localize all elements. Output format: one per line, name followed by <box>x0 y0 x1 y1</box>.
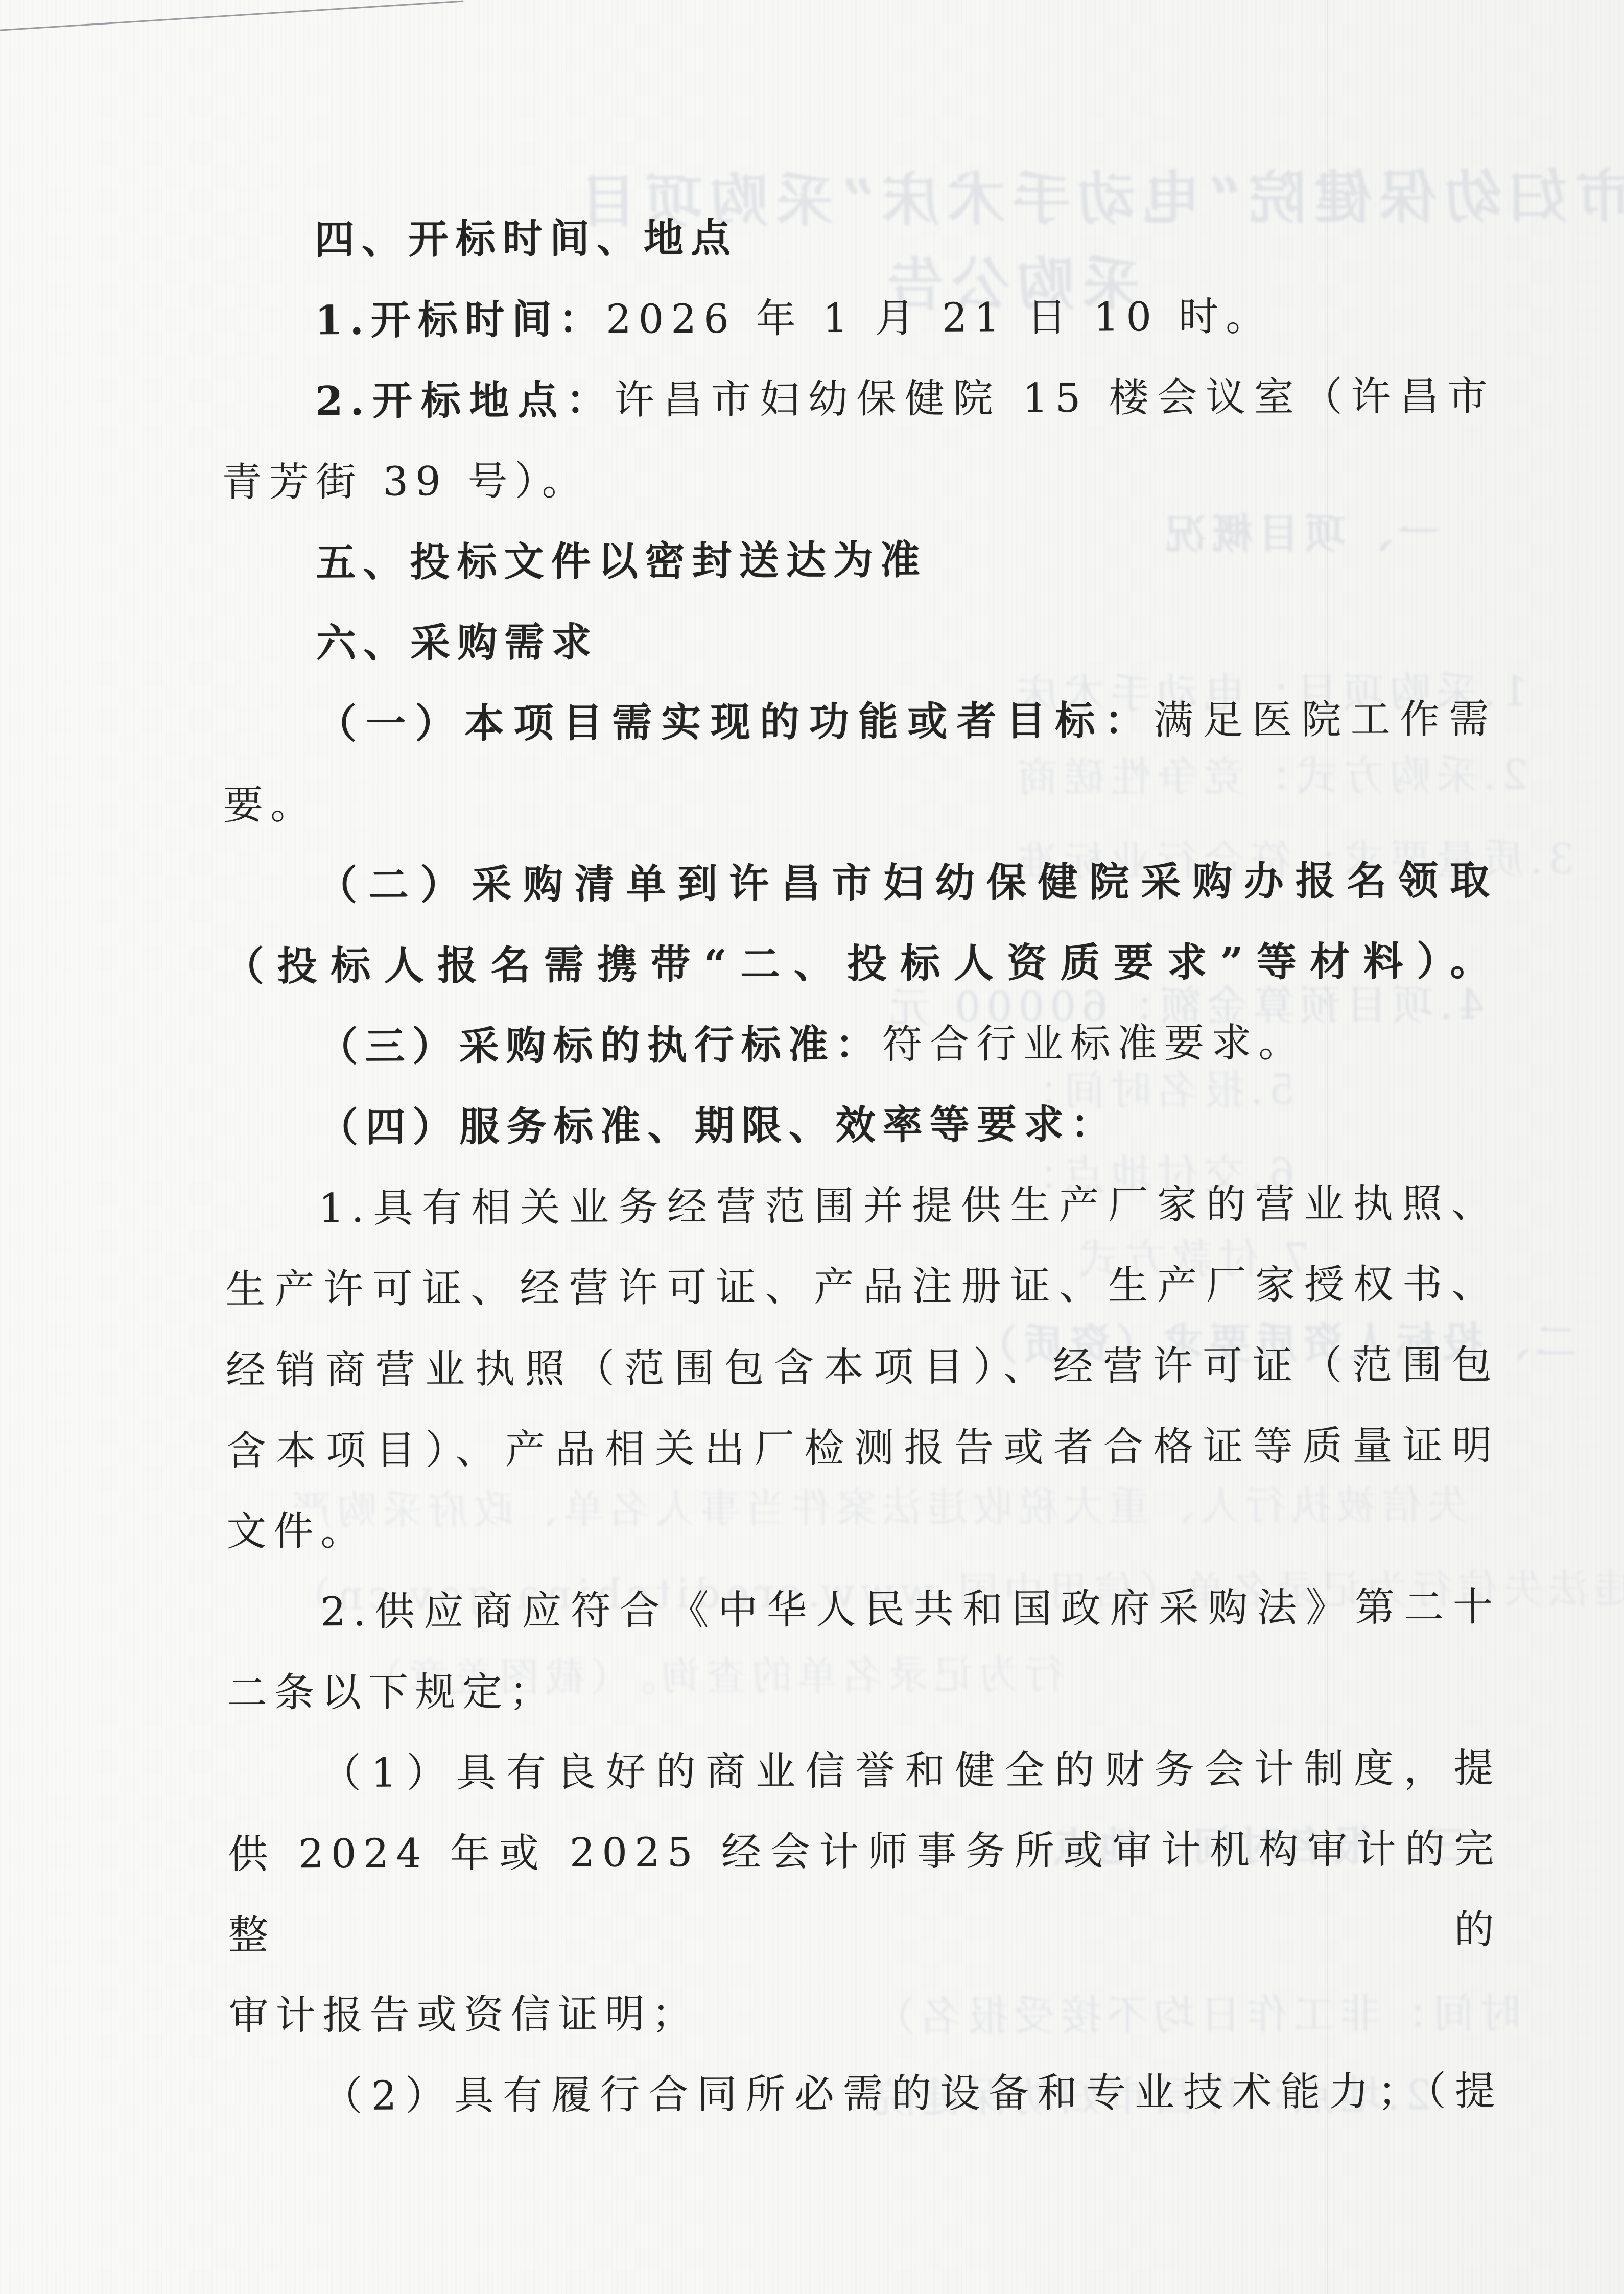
text-run: 满足医院工作需 <box>1154 696 1496 744</box>
text-run: 五、投标文件以密封送达为准 <box>316 537 927 586</box>
text-run: 生产许可证、经营许可证、产品注册证、生产厂家授权书、 <box>225 1261 1498 1313</box>
text-line: 1.开标时间：2026 年 1 月 21 日 10 时。 <box>221 275 1495 362</box>
text-run: 要。 <box>223 782 317 829</box>
text-line: 供 2024 年或 2025 经会计师事务所或审计机构审计的完整的 <box>228 1809 1501 1976</box>
text-line: 经销商营业执照（范围包含本项目）、经营许可证（范围包 <box>226 1325 1499 1411</box>
text-line: 文件。 <box>226 1486 1500 1572</box>
text-run: （一）本项目需实现的功能或者目标： <box>317 697 1154 747</box>
text-run: 经销商营业执照（范围包含本项目）、经营许可证（范围包 <box>226 1342 1499 1393</box>
text-run: （投标人报名需携带“二、投标人资质要求”等材料）。 <box>224 938 1497 990</box>
text-run: 1.开标时间： <box>315 296 606 344</box>
text-line: 四、开标时间、地点 <box>221 195 1494 281</box>
text-run: （四）服务标准、期限、效率等要求： <box>318 1101 1118 1151</box>
text-line: 审计报告或资信证明； <box>228 1970 1502 2056</box>
scan-edge-artifact <box>0 1 463 31</box>
text-line: 青芳街 39 号）。 <box>222 437 1495 523</box>
text-run: 1.具有相关业务经营范围并提供生产厂家的营业执照、 <box>319 1180 1498 1232</box>
text-line: 二条以下规定； <box>227 1647 1500 1734</box>
document-text: 四、开标时间、地点1.开标时间：2026 年 1 月 21 日 10 时。2.开… <box>221 195 1502 2137</box>
text-run: 青芳街 39 号）。 <box>222 458 589 506</box>
text-line: 1.具有相关业务经营范围并提供生产厂家的营业执照、 <box>225 1163 1498 1249</box>
scanned-page: 许昌市妇幼保健院“电动手术床”采购项目采购公告一、项目概况1.采购项目：电动手术… <box>0 0 1624 2294</box>
text-run: （二）采购清单到许昌市妇幼保健院采购办报名领取 <box>317 857 1497 909</box>
text-run: 文件。 <box>226 1508 368 1555</box>
text-run: 含本项目）、产品相关出厂检测报告或者合格证等质量证明 <box>226 1423 1499 1474</box>
text-line: 六、采购需求 <box>222 598 1496 684</box>
text-line: 2.供应商应符合《中华人民共和国政府采购法》第二十 <box>227 1567 1500 1653</box>
text-run: 2026 年 1 月 21 日 10 时。 <box>606 294 1273 343</box>
text-run: 四、开标时间、地点 <box>314 215 738 264</box>
text-line: （2）具有履行合同所必需的设备和专业技术能力；（提 <box>229 2051 1502 2137</box>
text-line: 五、投标文件以密封送达为准 <box>222 517 1496 604</box>
text-line: （二）采购清单到许昌市妇幼保健院采购办报名领取 <box>224 840 1497 927</box>
text-line: 要。 <box>223 760 1497 846</box>
text-line: 2.开标地点：许昌市妇幼保健院 15 楼会议室（许昌市 <box>221 356 1495 442</box>
text-line: （一）本项目需实现的功能或者目标：满足医院工作需 <box>223 679 1496 765</box>
text-line: （三）采购标的执行标准：符合行业标准要求。 <box>224 1002 1498 1088</box>
text-run: 许昌市妇幼保健院 15 楼会议室（许昌市 <box>615 373 1495 423</box>
text-run: 审计报告或资信证明； <box>228 1991 699 2039</box>
text-run: 符合行业标准要求。 <box>882 1020 1306 1068</box>
text-run: （2）具有履行合同所必需的设备和专业技术能力；（提 <box>322 2068 1502 2119</box>
text-line: （1）具有良好的商业信誉和健全的财务会计制度，提 <box>227 1728 1501 1814</box>
text-run: （1）具有良好的商业信誉和健全的财务会计制度，提 <box>321 1745 1501 1796</box>
text-line: （投标人报名需携带“二、投标人资质要求”等材料）。 <box>224 921 1497 1007</box>
text-run: 2.供应商应符合《中华人民共和国政府采购法》第二十 <box>320 1584 1500 1635</box>
text-line: （四）服务标准、期限、效率等要求： <box>225 1082 1498 1169</box>
text-run: 供 2024 年或 2025 经会计师事务所或审计机构审计的完整的 <box>228 1826 1501 1958</box>
text-line: 生产许可证、经营许可证、产品注册证、生产厂家授权书、 <box>225 1244 1499 1330</box>
text-run: 2.开标地点： <box>315 377 615 425</box>
text-run: 六、采购需求 <box>316 619 599 667</box>
text-line: 含本项目）、产品相关出厂检测报告或者合格证等质量证明 <box>226 1405 1499 1492</box>
text-run: （三）采购标的执行标准： <box>318 1021 882 1070</box>
text-run: 二条以下规定； <box>227 1669 557 1716</box>
